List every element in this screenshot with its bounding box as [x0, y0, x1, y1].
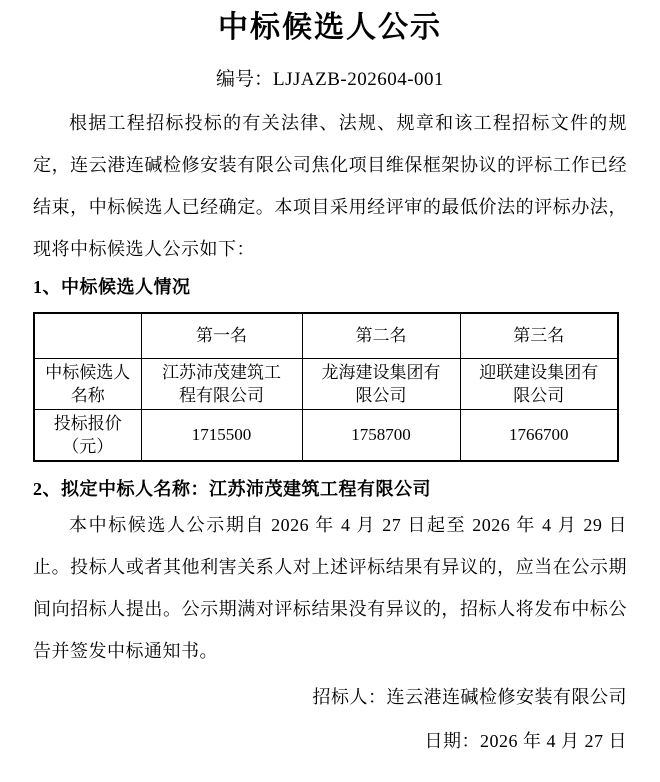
row-label-bid-price: 投标报价 （元） [34, 409, 141, 461]
page-title: 中标候选人公示 [33, 10, 627, 46]
table-row-candidate-names: 中标候选人 名称 江苏沛茂建筑工 程有限公司 龙海建设集团有 限公司 迎联建设集… [34, 358, 618, 409]
doc-number-label: 编号： [216, 69, 273, 90]
table-row-bid-prices: 投标报价 （元） 1715500 1758700 1766700 [34, 409, 618, 461]
table-corner-cell [34, 313, 141, 358]
document-footer: 招标人：连云港连碱检修安装有限公司 日期：2026 年 4 月 27 日 [33, 675, 627, 763]
tenderer-line: 招标人：连云港连碱检修安装有限公司 [33, 675, 627, 719]
publicity-period-paragraph: 本中标候选人公示期自 2026 年 4 月 27 日起至 2026 年 4 月 … [33, 504, 627, 672]
intro-paragraph: 根据工程招标投标的有关法律、法规、规章和该工程招标文件的规定，连云港连碱检修安装… [33, 102, 627, 270]
table-col-header-third: 第三名 [460, 313, 618, 358]
table-col-header-second: 第二名 [302, 313, 460, 358]
section2-heading: 2、拟定中标人名称：江苏沛茂建筑工程有限公司 [33, 477, 627, 501]
row-label-candidate-name: 中标候选人 名称 [34, 358, 141, 409]
bid-price-3: 1766700 [460, 409, 618, 461]
doc-number-value: LJJAZB-202604-001 [273, 69, 444, 90]
bid-price-1: 1715500 [141, 409, 302, 461]
section1-heading: 1、中标候选人情况 [33, 275, 627, 299]
candidate-name-1: 江苏沛茂建筑工 程有限公司 [141, 358, 302, 409]
bid-price-2: 1758700 [302, 409, 460, 461]
table-col-header-first: 第一名 [141, 313, 302, 358]
candidate-name-2: 龙海建设集团有 限公司 [302, 358, 460, 409]
candidates-table: 第一名 第二名 第三名 中标候选人 名称 江苏沛茂建筑工 程有限公司 龙海建设集… [33, 312, 619, 462]
candidate-name-3: 迎联建设集团有 限公司 [460, 358, 618, 409]
announcement-document: 中标候选人公示 编号：LJJAZB-202604-001 根据工程招标投标的有关… [0, 0, 660, 782]
date-line: 日期：2026 年 4 月 27 日 [33, 719, 627, 763]
table-header-row: 第一名 第二名 第三名 [34, 313, 618, 358]
doc-number-line: 编号：LJJAZB-202604-001 [33, 67, 627, 93]
